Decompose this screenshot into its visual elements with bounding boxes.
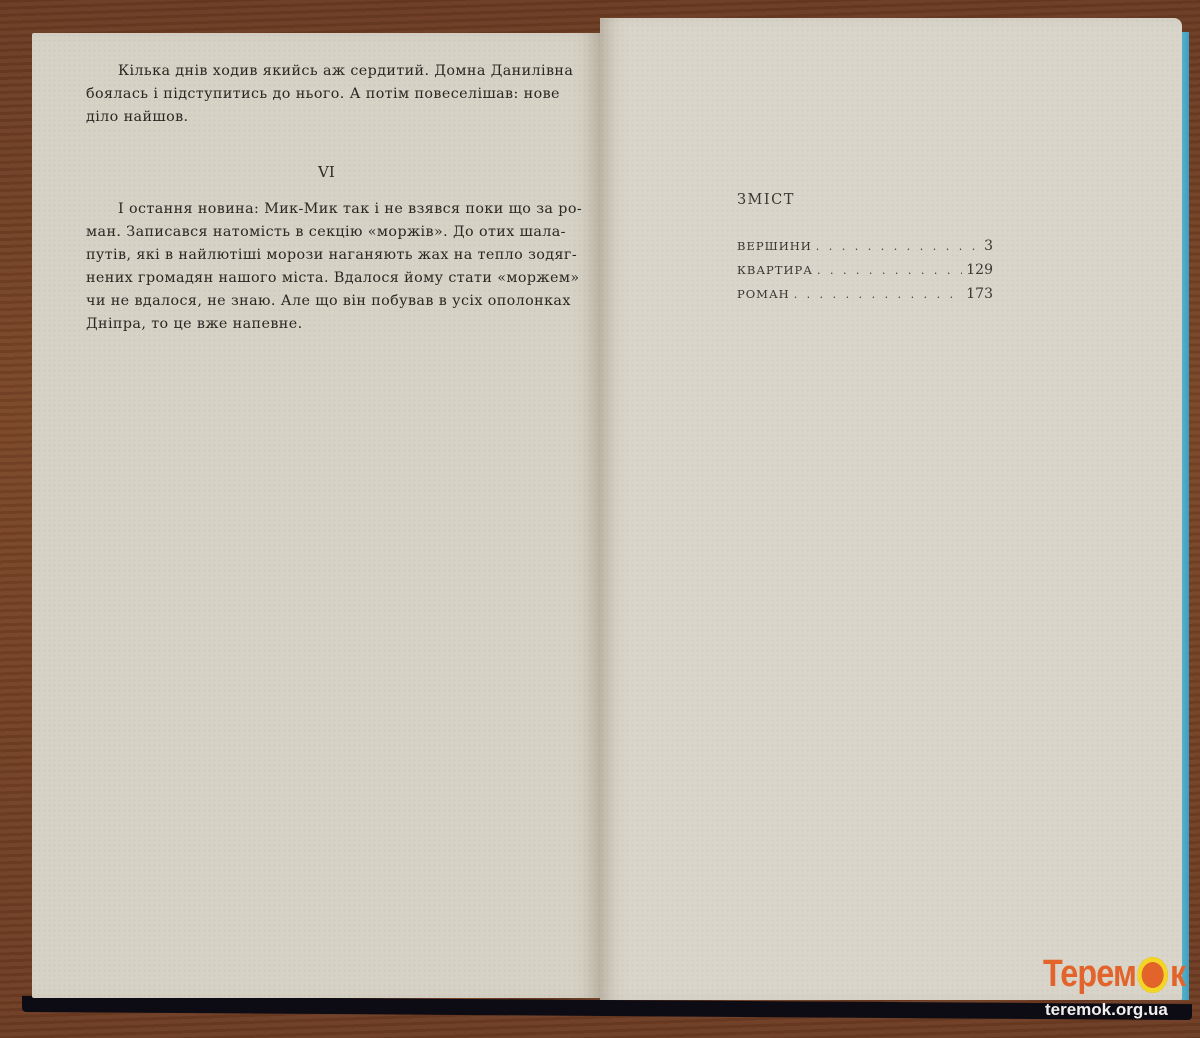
table-of-contents: ВЕРШИНИ . . . . . . . . . . . . . . . . … bbox=[737, 238, 993, 310]
paragraph-1: Кілька днів ходив якийсь аж сердитий. До… bbox=[86, 60, 606, 129]
right-page bbox=[600, 18, 1182, 1000]
toc-leader-dots: . . . . . . . . . . . . . . . . . . . . … bbox=[794, 288, 963, 301]
logo-text-right: к bbox=[1170, 953, 1185, 996]
text-line: діло найшов. bbox=[86, 106, 606, 129]
watermark-site-url: teremok.org.ua bbox=[1045, 1000, 1168, 1020]
text-line: чи не вдалося, не знаю. Але що він побув… bbox=[86, 290, 606, 313]
text-line: Кілька днів ходив якийсь аж сердитий. До… bbox=[86, 60, 606, 83]
toc-entry-title: РОМАН bbox=[737, 287, 790, 301]
toc-entry-page: 129 bbox=[966, 262, 993, 278]
sun-icon bbox=[1138, 957, 1169, 993]
toc-entry: ВЕРШИНИ . . . . . . . . . . . . . . . . … bbox=[737, 238, 993, 262]
text-line: боялась і підступитись до нього. А потім… bbox=[86, 83, 606, 106]
logo-text-left: Терем bbox=[1043, 953, 1136, 996]
teremok-logo: Терем к bbox=[1043, 953, 1185, 996]
text-line: нених громадян нашого міста. Вдалося йом… bbox=[86, 267, 606, 290]
toc-title: ЗМІСТ bbox=[737, 192, 795, 208]
left-page bbox=[32, 33, 600, 998]
toc-entry-title: КВАРТИРА bbox=[737, 263, 813, 277]
text-line: І остання новина: Мик-Мик так і не взявс… bbox=[86, 198, 606, 221]
paragraph-2: І остання новина: Мик-Мик так і не взявс… bbox=[86, 198, 606, 336]
toc-entry-title: ВЕРШИНИ bbox=[737, 239, 812, 253]
toc-leader-dots: . . . . . . . . . . . . . . . . . . . . … bbox=[816, 240, 980, 253]
toc-entry-page: 173 bbox=[966, 286, 993, 302]
text-line: ман. Записався натомість в секцію «моржі… bbox=[86, 221, 606, 244]
toc-entry: РОМАН . . . . . . . . . . . . . . . . . … bbox=[737, 286, 993, 310]
toc-entry: КВАРТИРА . . . . . . . . . . . . . . . .… bbox=[737, 262, 993, 286]
toc-entry-page: 3 bbox=[984, 238, 993, 254]
chapter-heading: VI bbox=[318, 163, 335, 181]
text-line: путів, які в найлютіші морози наганяють … bbox=[86, 244, 606, 267]
text-line: Дніпра, то це вже напевне. bbox=[86, 313, 606, 336]
toc-leader-dots: . . . . . . . . . . . . . . . . . . . . … bbox=[817, 264, 962, 277]
